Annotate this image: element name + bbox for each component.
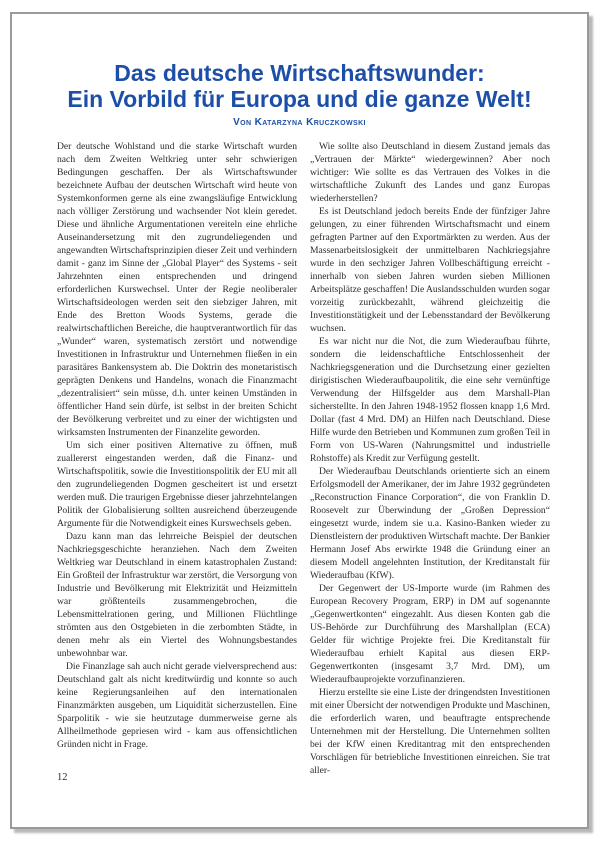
- document-canvas: Das deutsche Wirtschaftswunder: Ein Vorb…: [0, 0, 600, 849]
- article-byline: Von Katarzyna Kruczkowski: [12, 117, 587, 128]
- article-body: Der deutsche Wohlstand und die starke Wi…: [57, 140, 550, 777]
- right-column: Wie sollte also Deutschland in diesem Zu…: [310, 140, 550, 777]
- article-header: Das deutsche Wirtschaftswunder: Ein Vorb…: [12, 60, 587, 128]
- paragraph: Die Finanzlage sah auch nicht gerade vie…: [57, 660, 297, 751]
- article-title-line-2: Ein Vorbild für Europa und die ganze Wel…: [12, 86, 587, 112]
- paragraph: Es war nicht nur die Not, die zum Wieder…: [310, 335, 550, 465]
- paragraph: Um sich einer positiven Alternative zu ö…: [57, 439, 297, 530]
- paragraph: Der Gegenwert der US-Importe wurde (im R…: [310, 582, 550, 686]
- document-page: Das deutsche Wirtschaftswunder: Ein Vorb…: [10, 12, 589, 829]
- paragraph: Wie sollte also Deutschland in diesem Zu…: [310, 140, 550, 205]
- paragraph: Der Wiederaufbau Deutschlands orientiert…: [310, 465, 550, 582]
- paragraph: Hierzu erstellte sie eine Liste der drin…: [310, 686, 550, 777]
- left-column: Der deutsche Wohlstand und die starke Wi…: [57, 140, 297, 777]
- article-title-line-1: Das deutsche Wirtschaftswunder:: [12, 60, 587, 86]
- paragraph: Dazu kann man das lehrreiche Beispiel de…: [57, 530, 297, 660]
- paragraph: Der deutsche Wohlstand und die starke Wi…: [57, 140, 297, 439]
- page-number: 12: [57, 772, 68, 783]
- paragraph: Es ist Deutschland jedoch bereits Ende d…: [310, 205, 550, 335]
